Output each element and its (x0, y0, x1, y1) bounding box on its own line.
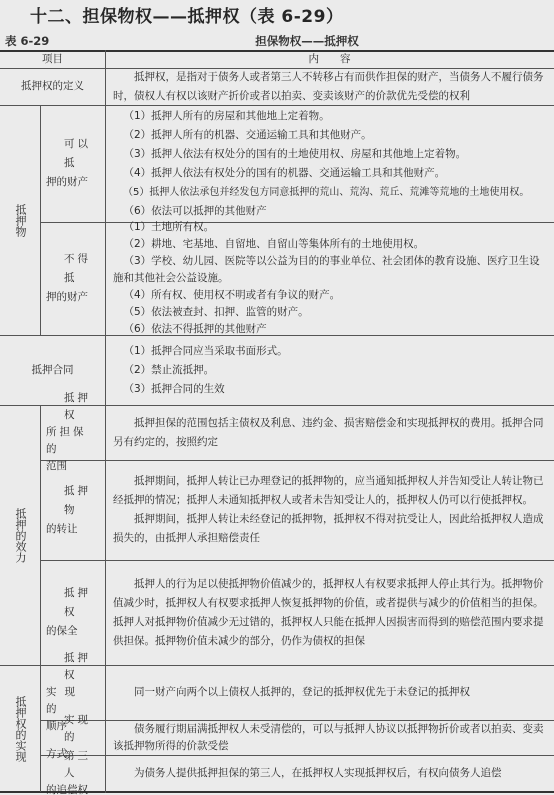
label-line: 的保全 (46, 622, 78, 641)
scope-text: 抵押担保的范围包括主债权及利息、违约金、损害赔偿金和实现抵押权的费用。抵押合同另… (113, 414, 548, 452)
transfer-label: 抵押物 的转让 (40, 460, 105, 560)
collateral-label: 抵押物 (0, 105, 40, 335)
list-item: （5）抵押人依法承包并经发包方同意抵押的荒山、荒沟、荒丘、荒滩等荒地的土地使用权… (113, 183, 529, 202)
header-item: 项目 (0, 50, 105, 68)
label-line: 可以抵 (46, 135, 99, 173)
contract-list: （1）抵押合同应当采取书面形式。 （2）禁止流抵押。 （3）抵押合同的生效 (105, 335, 554, 405)
label-line: 押的财产 (46, 288, 88, 307)
label-line: 抵押权 (46, 650, 99, 684)
list-item: （3）抵押人依法有权处分的国有的土地使用权、房屋和其他地上定着物。 (113, 145, 466, 164)
mortgageable-list: （1）抵押人所有的房屋和其他地上定着物。 （2）抵押人所有的机器、交通运输工具和… (105, 105, 554, 222)
list-item: （2）耕地、宅基地、自留地、自留山等集体所有的土地使用权。 (113, 236, 424, 253)
effect-label: 抵押的效力 (0, 405, 40, 665)
transfer-paragraph: 抵押期间，抵押人转让已办理登记的抵押物的，应当通知抵押权人并告知受让人转让物已经… (113, 472, 548, 510)
preservation-content: 抵押人的行为足以使抵押物价值减少的，抵押权人有权要求抵押人停止其行为。抵押物价值… (105, 560, 554, 665)
non-mortgageable-list: （1）土地所有权。 （2）耕地、宅基地、自留地、自留山等集体所有的土地使用权。 … (105, 222, 554, 335)
label-line: 第三人 (46, 748, 99, 782)
recourse-label: 第三人 的追偿权 (40, 755, 105, 791)
mortgageable-label: 可以抵 押的财产 (40, 105, 105, 222)
list-item: （3）抵押合同的生效 (113, 380, 225, 399)
scope-label: 抵押权 所担保的 范围 (40, 405, 105, 460)
table-caption: 担保物权——抵押权 (0, 33, 554, 49)
label-line: 的转让 (46, 520, 78, 539)
transfer-paragraph: 抵押期间，抵押人转让未经登记的抵押物，抵押权不得对抗受让人，因此给抵押权人造成损… (113, 510, 548, 548)
list-item: （4）所有权、使用权不明或者有争议的财产。 (113, 287, 340, 304)
label-line: 抵押权 (46, 390, 99, 424)
order-content: 同一财产向两个以上债权人抵押的，登记的抵押权优先于未登记的抵押权 (105, 665, 554, 720)
definition-text: 抵押权，是指对于债务人或者第三人不转移占有而供作担保的财产，当债务人不履行债务时… (113, 68, 548, 106)
list-item: （4）抵押人依法有权处分的国有的机器、交通运输工具和其他财产。 (113, 164, 445, 183)
label-line: 押的财产 (46, 173, 88, 192)
label-line: 所担保的 (46, 424, 99, 458)
list-item: （2）抵押人所有的机器、交通运输工具和其他财产。 (113, 126, 372, 145)
label-line: 抵押权 (46, 584, 99, 622)
scope-content: 抵押担保的范围包括主债权及利息、违约金、损害赔偿金和实现抵押权的费用。抵押合同另… (105, 405, 554, 460)
recourse-text: 为债务人提供抵押担保的第三人，在抵押权人实现抵押权后，有权向债务人追偿 (113, 764, 502, 783)
list-item: （1）抵押人所有的房屋和其他地上定着物。 (113, 107, 330, 126)
method-content: 债务履行期届满抵押权人未受清偿的，可以与抵押人协议以抵押物折价或者以拍卖、变卖该… (105, 720, 554, 755)
label-line: 不得抵 (46, 250, 99, 288)
transfer-content: 抵押期间，抵押人转让已办理登记的抵押物的，应当通知抵押权人并告知受让人转让物已经… (105, 460, 554, 560)
mortgage-table: 项目 内 容 抵押权的定义 抵押权，是指对于债务人或者第三人不转移占有而供作担保… (0, 50, 554, 793)
header-content: 内 容 (105, 50, 554, 68)
label-line: 的追偿权 (46, 782, 88, 795)
section-heading: 十二、担保物权——抵押权（表 6-29） (30, 2, 343, 27)
order-text: 同一财产向两个以上债权人抵押的，登记的抵押权优先于未登记的抵押权 (113, 683, 470, 702)
list-item: （3）学校、幼儿园、医院等以公益为目的的事业单位、社会团体的教育设施、医疗卫生设… (113, 253, 548, 287)
definition-content: 抵押权，是指对于债务人或者第三人不转移占有而供作担保的财产，当债务人不履行债务时… (105, 68, 554, 105)
definition-label: 抵押权的定义 (0, 68, 105, 105)
list-item: （1）土地所有权。 (113, 219, 214, 236)
list-item: （5）依法被查封、扣押、监管的财产。 (113, 304, 309, 321)
label-line: 实现的 (46, 712, 99, 746)
list-item: （6）依法可以抵押的其他财产 (113, 202, 267, 221)
non-mortgageable-label: 不得抵 押的财产 (40, 222, 105, 335)
preservation-text: 抵押人的行为足以使抵押物价值减少的，抵押权人有权要求抵押人停止其行为。抵押物价值… (113, 575, 548, 651)
method-text: 债务履行期届满抵押权人未受清偿的，可以与抵押人协议以抵押物折价或者以拍卖、变卖该… (113, 721, 548, 755)
recourse-content: 为债务人提供抵押担保的第三人，在抵押权人实现抵押权后，有权向债务人追偿 (105, 755, 554, 791)
list-item: （1）抵押合同应当采取书面形式。 (113, 342, 288, 361)
label-line: 抵押物 (46, 482, 99, 520)
realization-label: 抵押权的实现 (0, 665, 40, 792)
list-item: （2）禁止流抵押。 (113, 361, 214, 380)
